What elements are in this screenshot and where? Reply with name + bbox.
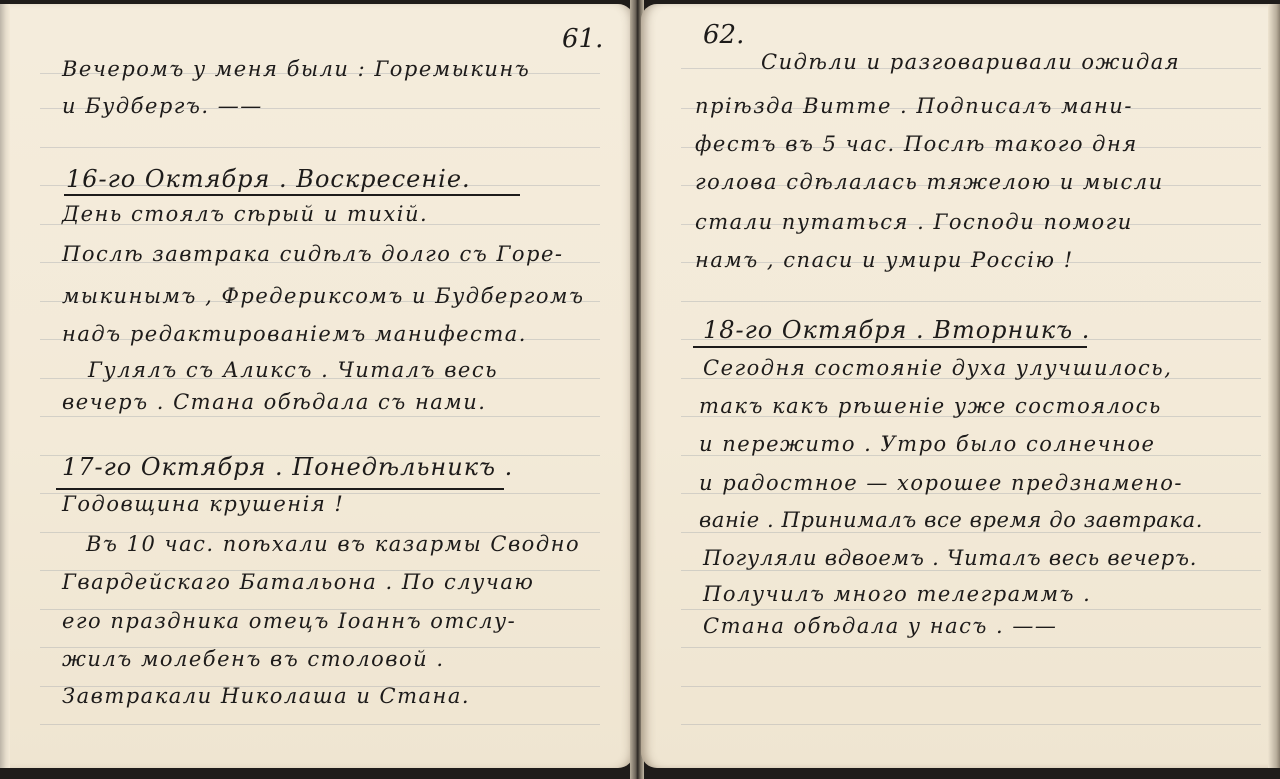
diary-line: и Будбергъ. —— [62,96,263,117]
page-number: 61. [562,26,603,52]
diary-line: надъ редактированiемъ манифеста. [62,324,527,345]
heading-underline [56,488,504,490]
diary-line: вечеръ . Стана обѣдала съ нами. [62,392,486,413]
diary-line: его праздника отецъ Iоаннъ отслу- [62,611,516,632]
entry-heading-oct-18: 18-го Октября . Вторникъ . [703,318,1090,342]
diary-line: Годовщина крушенiя ! [62,494,344,515]
entry-heading-oct-17: 17-го Октября . Понедѣльникъ . [62,455,513,479]
diary-line: Гулялъ съ Аликсъ . Читалъ весь [88,360,498,381]
diary-line: Послѣ завтрака сидѣлъ долго съ Горе- [62,244,563,265]
diary-line: Въ 10 час. поѣхали въ казармы Сводно [86,534,580,555]
diary-line: Сидѣли и разговаривали ожидая [761,52,1180,73]
diary-line: Вечеромъ у меня были : Горемыкинъ [62,59,530,80]
diary-line: День стоялъ сѣрый и тихiй. [62,204,428,225]
left-page: 61. Вечеромъ у меня были : Горемыкинъ и … [0,4,634,768]
right-page: 62. Сидѣли и разговаривали ожидая прiѣзд… [641,4,1280,768]
diary-line: мыкинымъ , Фредериксомъ и Будбергомъ [62,286,584,307]
diary-line: голова сдѣлалась тяжелою и мысли [695,172,1164,193]
diary-line: Получилъ много телеграммъ . [703,584,1091,605]
diary-line: Стана обѣдала у насъ . —— [703,616,1057,637]
diary-line: прiѣзда Витте . Подписалъ мани- [695,96,1133,117]
page-edge [1268,4,1280,768]
diary-line: стали путаться . Господи помоги [695,212,1133,233]
page-edge [0,4,10,768]
heading-underline [693,346,1087,348]
diary-line: такъ какъ рѣшенiе уже состоялось [699,396,1162,417]
diary-line: ванiе . Принималъ все время до завтрака. [699,510,1203,531]
diary-line: Сегодня состоянiе духа улучшилось, [703,358,1172,379]
diary-line: и радостное — хорошее предзнамено- [699,473,1183,494]
diary-line: и пережито . Утро было солнечное [699,434,1155,455]
diary-line: фестъ въ 5 час. Послѣ такого дня [695,134,1138,155]
open-diary-spread: 61. Вечеромъ у меня были : Горемыкинъ и … [0,0,1280,779]
diary-line: Погуляли вдвоемъ . Читалъ весь вечеръ. [703,548,1197,569]
page-number: 62. [703,22,744,48]
entry-heading-oct-16: 16-го Октября . Воскресенiе. [66,167,471,191]
diary-line: Гвардейскаго Батальона . По случаю [62,572,534,593]
diary-line: Завтракали Николаша и Стана. [62,686,470,707]
diary-line: жилъ молебенъ въ столовой . [62,649,445,670]
heading-underline [64,194,520,196]
diary-line: намъ , спаси и умири Россiю ! [695,250,1074,271]
